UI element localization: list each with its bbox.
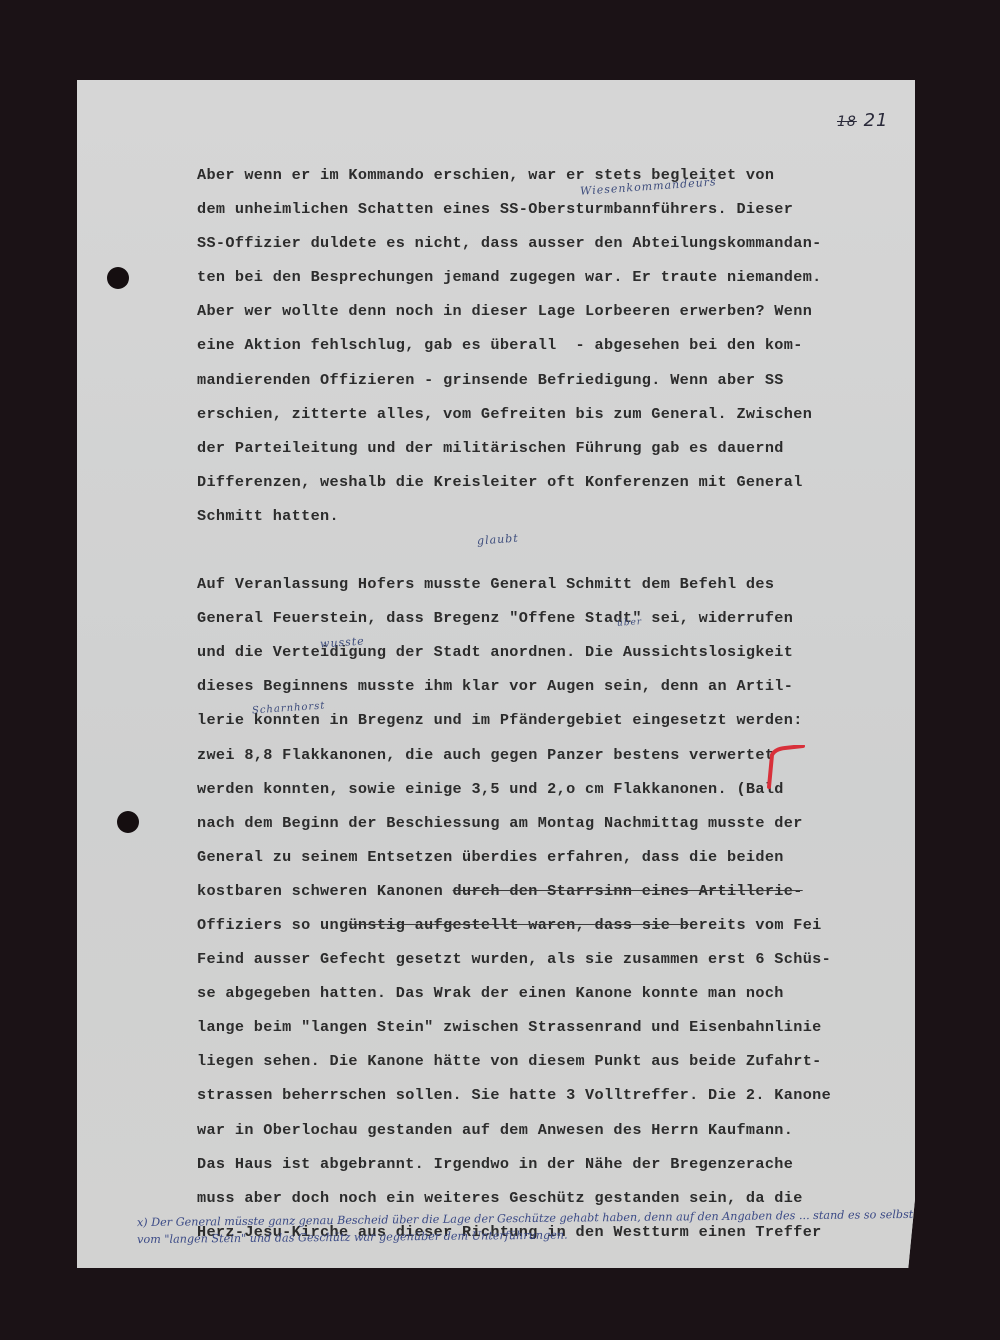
typed-line: mandierenden Offizieren - grinsende Befr… [197, 363, 917, 397]
typed-line: werden konnten, sowie einige 3,5 und 2,o… [197, 772, 917, 806]
typed-line: lange beim "langen Stein" zwischen Stras… [197, 1010, 917, 1044]
typed-line: Auf Veranlassung Hofers musste General S… [197, 567, 917, 601]
typed-line: zwei 8,8 Flakkanonen, die auch gegen Pan… [197, 738, 917, 772]
punch-hole [117, 811, 139, 833]
typed-line: Differenzen, weshalb die Kreisleiter oft… [197, 465, 917, 499]
typed-line: General Feuerstein, dass Bregenz "Offene… [197, 601, 917, 635]
red-pencil-mark-icon [763, 745, 805, 789]
typed-line: Feind ausser Gefecht gesetzt wurden, als… [197, 942, 917, 976]
typed-line: eine Aktion fehlschlug, gab es überall -… [197, 328, 917, 362]
page-number-current: 21 [864, 110, 889, 131]
typed-line: General zu seinem Entsetzen überdies erf… [197, 840, 917, 874]
page-number-old: 18 [837, 114, 857, 130]
handwritten-annotation: über [617, 617, 643, 629]
typed-line: se abgegeben hatten. Das Wrak der einen … [197, 976, 917, 1010]
typed-line: Das Haus ist abgebrannt. Irgendwo in der… [197, 1147, 917, 1181]
punch-hole [107, 267, 129, 289]
typed-line: Aber wer wollte denn noch in dieser Lage… [197, 294, 917, 328]
typed-line: kostbaren schweren Kanonen durch den Sta… [197, 874, 917, 908]
typed-line: strassen beherrschen sollen. Sie hatte 3… [197, 1078, 917, 1112]
typed-line: ten bei den Besprechungen jemand zugegen… [197, 260, 917, 294]
document-page: 18 21 Aber wenn er im Kommando erschien,… [77, 80, 915, 1268]
typed-line: Aber wenn er im Kommando erschien, war e… [197, 158, 917, 192]
typed-line: war in Oberlochau gestanden auf dem Anwe… [197, 1113, 917, 1147]
typed-line: SS-Offizier duldete es nicht, dass ausse… [197, 226, 917, 260]
typed-line: dieses Beginnens musste ihm klar vor Aug… [197, 669, 917, 703]
page-number: 18 21 [837, 110, 888, 131]
paragraph-gap [197, 533, 917, 567]
typed-line: Schmitt hatten. [197, 499, 917, 533]
typed-line: der Parteileitung und der militärischen … [197, 431, 917, 465]
typed-line: liegen sehen. Die Kanone hätte von diese… [197, 1044, 917, 1078]
typed-line: dem unheimlichen Schatten eines SS-Obers… [197, 192, 917, 226]
typed-line: erschien, zitterte alles, vom Gefreiten … [197, 397, 917, 431]
typed-line: Offiziers so ungünstig aufgestellt waren… [197, 908, 917, 942]
typed-line: nach dem Beginn der Beschiessung am Mont… [197, 806, 917, 840]
typed-line: und die Verteidigung der Stadt anordnen.… [197, 635, 917, 669]
